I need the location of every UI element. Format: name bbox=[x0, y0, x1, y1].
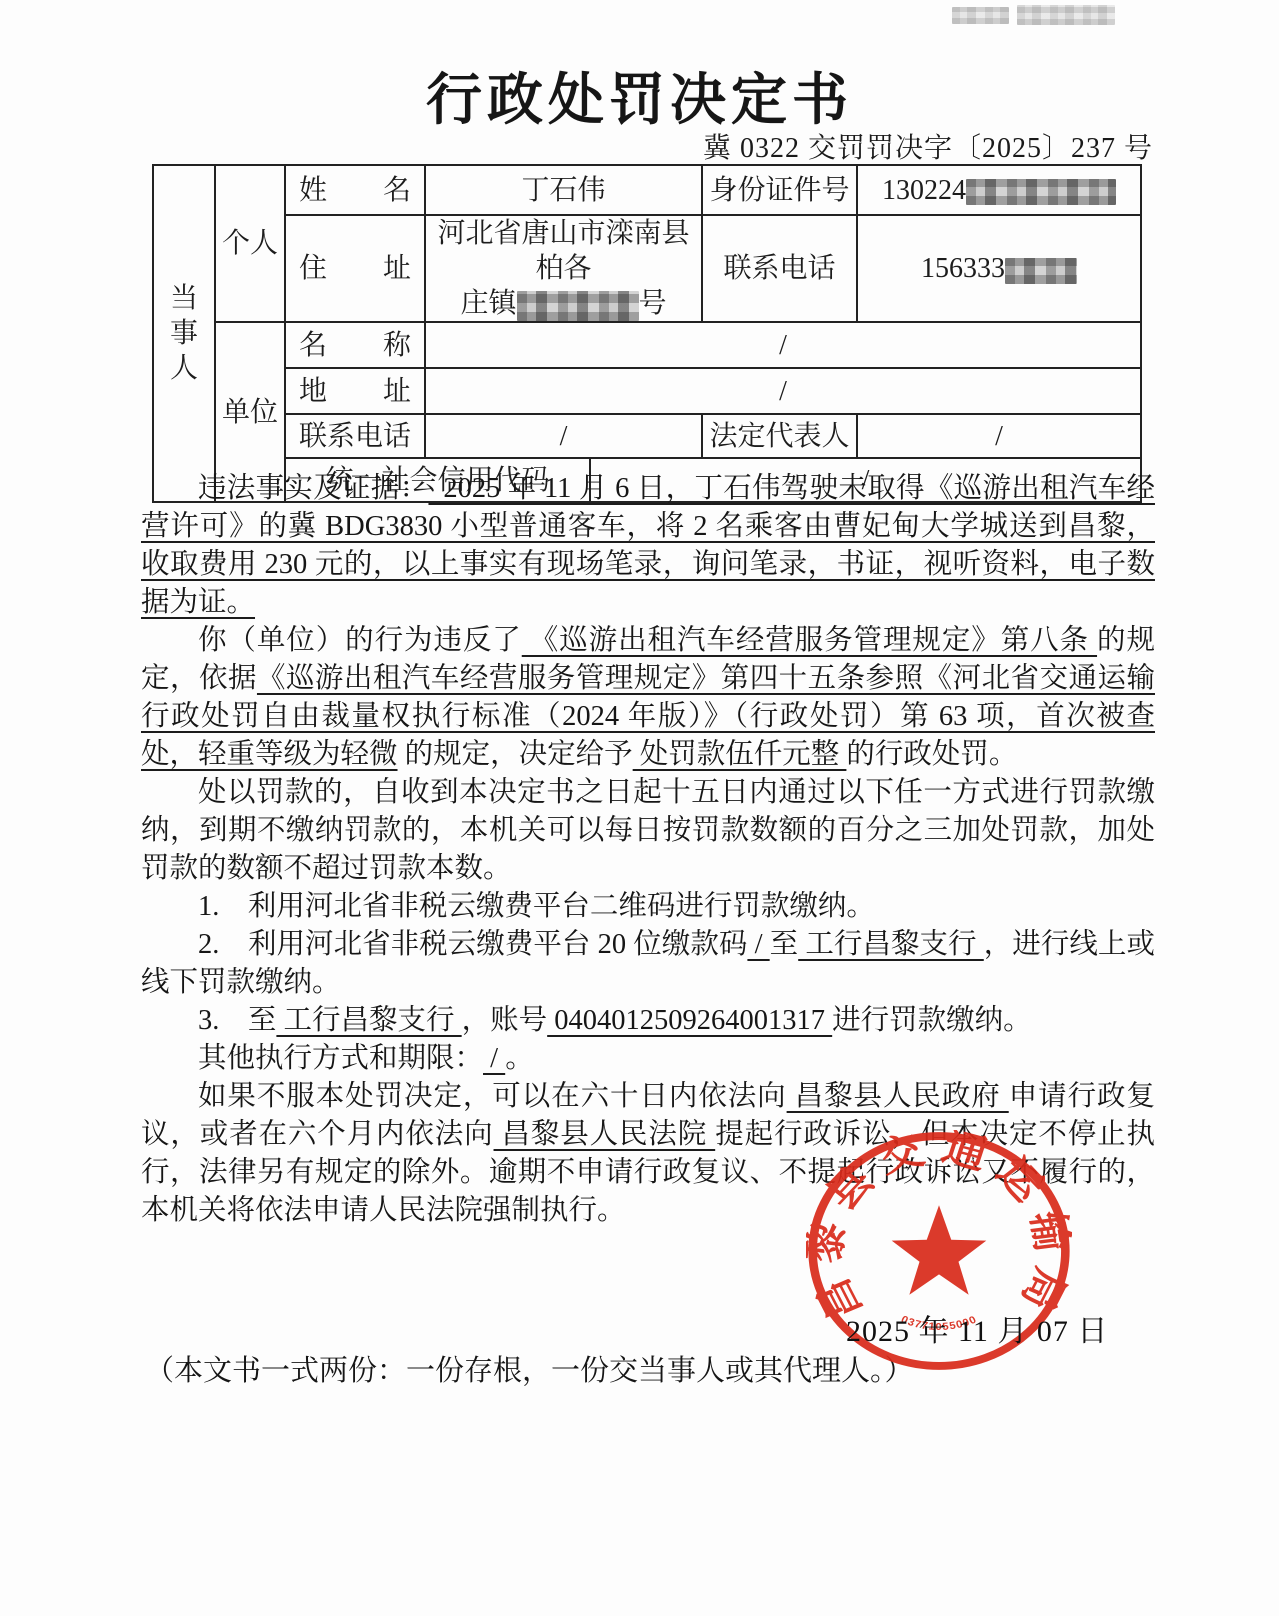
party-label-cell: 当事人 bbox=[153, 165, 215, 502]
id-value-cell: 130224 bbox=[857, 165, 1141, 215]
paragraph-text: 如果不服本处罚决定，可以在六十日内依法向 bbox=[198, 1081, 787, 1112]
address-value-cell: 河北省唐山市滦南县柏各 庄镇号 bbox=[425, 215, 702, 322]
body-paragraph: 其他执行方式和期限： / 。 bbox=[141, 1040, 1155, 1078]
paragraph-text: 的规定，决定给予 bbox=[398, 739, 633, 770]
body-paragraph: 处以罚款的，自收到本决定书之日起十五日内通过以下任一方式进行罚款缴纳，到期不缴纳… bbox=[141, 774, 1155, 888]
filled-blank-text: / bbox=[747, 929, 769, 960]
document-number: 冀 0322 交罚罚决字〔2025〕237 号 bbox=[703, 126, 1153, 166]
body-paragraph: 违法事实及证据： 2025 年 11 月 6 日，丁石伟驾驶未取得《巡游出租汽车… bbox=[141, 470, 1155, 622]
phone-label-cell: 联系电话 bbox=[702, 215, 857, 322]
paragraph-text: 2. 利用河北省非税云缴费平台 20 位缴款码 bbox=[198, 929, 747, 960]
address-label-cell: 住 址 bbox=[285, 215, 425, 322]
unit-phone-label-cell: 联系电话 bbox=[285, 414, 425, 458]
redacted-id-number bbox=[966, 179, 1116, 205]
id-label-cell: 身份证件号 bbox=[702, 165, 857, 215]
id-number-visible: 130224 bbox=[882, 175, 966, 206]
filled-blank-text: / bbox=[483, 1043, 505, 1074]
footer-note: （本文书一式两份：一份存根，一份交当事人或其代理人。） bbox=[145, 1348, 914, 1389]
unit-address-value-cell: / bbox=[425, 368, 1141, 414]
redacted-phone bbox=[1005, 258, 1077, 284]
party-info-table: 当事人 个人 姓 名 丁石伟 身份证件号 130224 住 址 河北省唐山市滦南… bbox=[152, 164, 1142, 503]
body-paragraph: 1. 利用河北省非税云缴费平台二维码进行罚款缴纳。 bbox=[141, 888, 1155, 926]
unit-name-label-cell: 名 称 bbox=[285, 322, 425, 368]
stamp-star-icon bbox=[892, 1205, 987, 1295]
body-paragraph: 你（单位）的行为违反了 《巡游出租汽车经营服务管理规定》第八条 的规定，依据《巡… bbox=[141, 622, 1155, 774]
redacted-address bbox=[517, 291, 639, 321]
personal-label-cell: 个人 bbox=[215, 165, 285, 322]
filled-blank-text: 0404012509264001317 bbox=[547, 1005, 832, 1036]
paragraph-text: 进行罚款缴纳。 bbox=[832, 1005, 1032, 1036]
address-line2-prefix: 庄镇 bbox=[460, 288, 516, 319]
paragraph-text: 违法事实及证据： bbox=[198, 473, 428, 504]
address-line2-suffix: 号 bbox=[639, 288, 667, 319]
phone-number-visible: 156333 bbox=[921, 253, 1005, 284]
document-body: 违法事实及证据： 2025 年 11 月 6 日，丁石伟驾驶未取得《巡游出租汽车… bbox=[141, 470, 1155, 1230]
address-line1: 河北省唐山市滦南县柏各 bbox=[438, 218, 690, 284]
filled-blank-text: 工行昌黎支行 bbox=[276, 1005, 461, 1036]
paragraph-text: 的行政处罚。 bbox=[846, 739, 1017, 770]
paragraph-text: 你（单位）的行为违反了 bbox=[198, 625, 522, 656]
filled-blank-text: 《巡游出租汽车经营服务管理规定》第八条 bbox=[522, 625, 1097, 656]
filled-blank-text: 昌黎县人民法院 bbox=[494, 1119, 716, 1150]
legal-rep-label-cell: 法定代表人 bbox=[702, 414, 857, 458]
paragraph-text: 。 bbox=[505, 1043, 534, 1074]
phone-value-cell: 156333 bbox=[857, 215, 1141, 322]
name-value-cell: 丁石伟 bbox=[425, 165, 702, 215]
paragraph-text: 至 bbox=[770, 929, 799, 960]
document-title: 行政处罚决定书 bbox=[0, 56, 1279, 136]
redacted-top-mark bbox=[1017, 5, 1115, 25]
name-label-cell: 姓 名 bbox=[285, 165, 425, 215]
body-paragraph: 3. 至 工行昌黎支行 ，账号 0404012509264001317 进行罚款… bbox=[141, 1002, 1155, 1040]
decision-date: 2025 年 11 月 07 日 bbox=[846, 1306, 1108, 1350]
paragraph-text: 1. 利用河北省非税云缴费平台二维码进行罚款缴纳。 bbox=[198, 891, 875, 922]
body-paragraph: 2. 利用河北省非税云缴费平台 20 位缴款码 / 至 工行昌黎支行 ，进行线上… bbox=[141, 926, 1155, 1002]
unit-name-value-cell: / bbox=[425, 322, 1141, 368]
filled-blank-text: 昌黎县人民政府 bbox=[787, 1081, 1009, 1112]
paragraph-text: ，账号 bbox=[462, 1005, 548, 1036]
filled-blank-text: 工行昌黎支行 bbox=[798, 929, 984, 960]
unit-phone-value-cell: / bbox=[425, 414, 702, 458]
redacted-top-mark bbox=[952, 7, 1009, 24]
legal-rep-value-cell: / bbox=[857, 414, 1141, 458]
filled-blank-text: 处罚款伍仟元整 bbox=[633, 739, 847, 770]
unit-address-label-cell: 地 址 bbox=[285, 368, 425, 414]
paragraph-text: 3. 至 bbox=[198, 1005, 276, 1036]
paragraph-text: 其他执行方式和期限： bbox=[198, 1043, 483, 1074]
penalty-decision-document: 行政处罚决定书 冀 0322 交罚罚决字〔2025〕237 号 当事人 个人 姓… bbox=[0, 0, 1279, 1616]
paragraph-text: 处以罚款的，自收到本决定书之日起十五日内通过以下任一方式进行罚款缴纳，到期不缴纳… bbox=[141, 777, 1155, 884]
